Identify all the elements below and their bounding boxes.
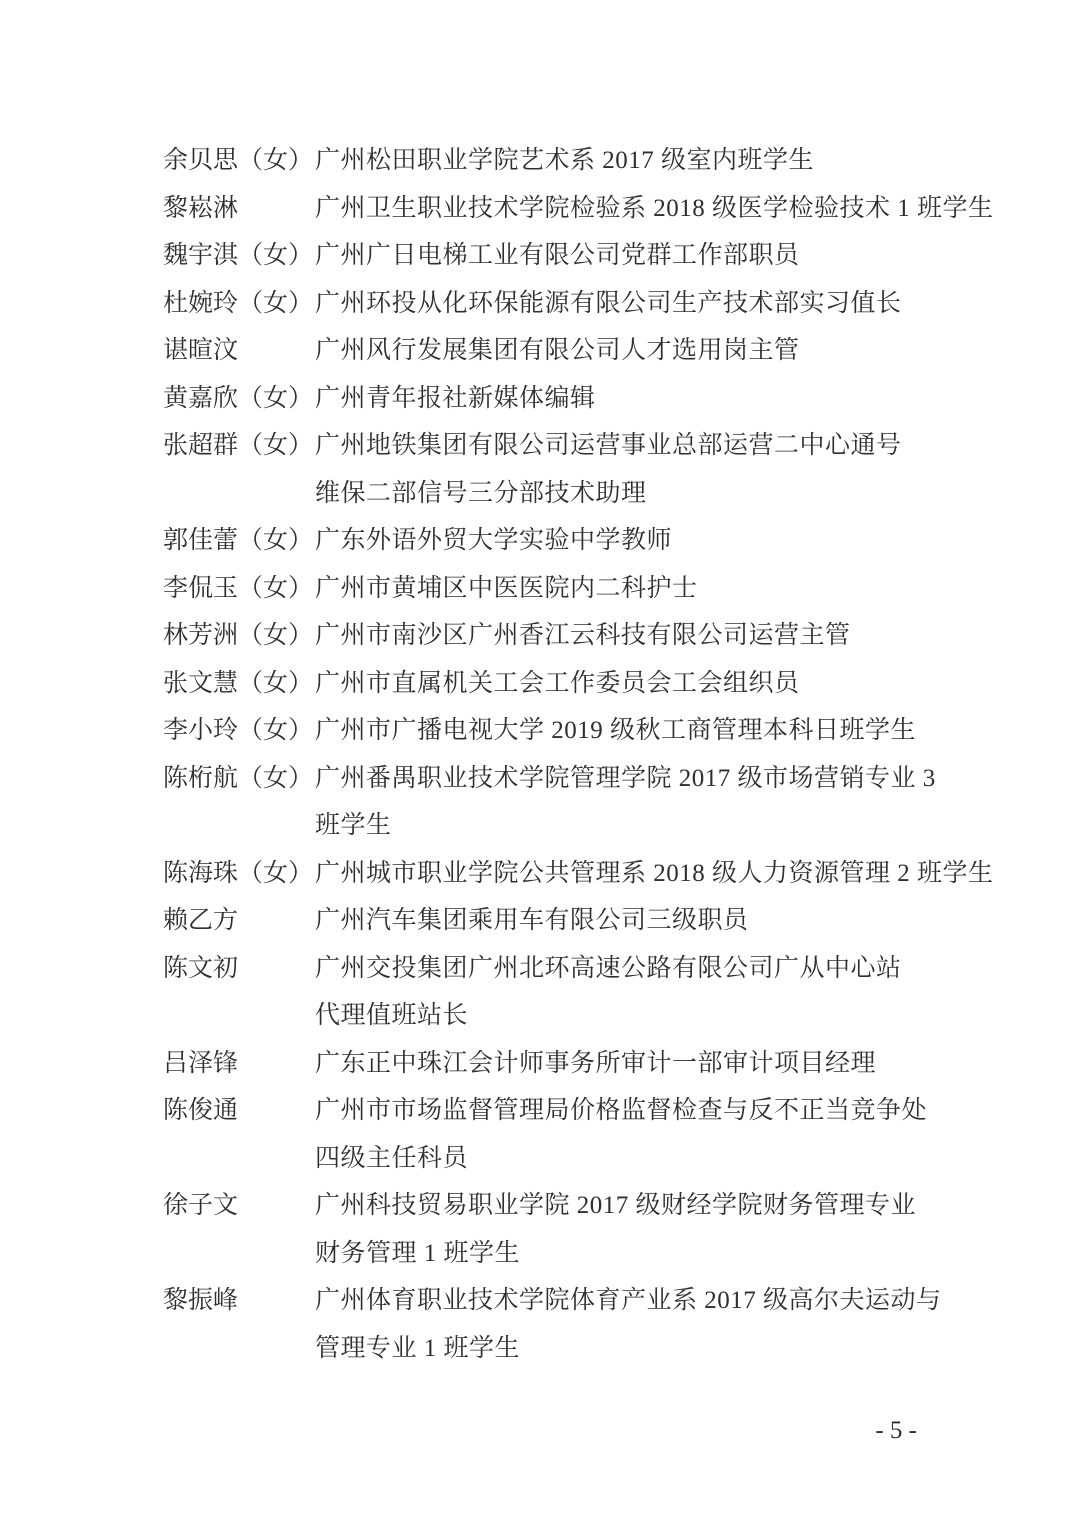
person-name: 林芳洲（女） xyxy=(163,612,315,660)
person-title: 广州汽车集团乘用车有限公司三级职员 xyxy=(315,897,749,945)
person-title: 管理专业 1 班学生 xyxy=(315,1325,520,1373)
person-title: 广州卫生职业技术学院检验系 2018 级医学检验技术 1 班学生 xyxy=(315,185,994,233)
roster-row: 代理值班站长 xyxy=(163,992,994,1040)
person-title: 广州地铁集团有限公司运营事业总部运营二中心通号 xyxy=(315,422,902,470)
person-title: 广州城市职业学院公共管理系 2018 级人力资源管理 2 班学生 xyxy=(315,850,994,898)
roster-row: 郭佳蕾（女）广东外语外贸大学实验中学教师 xyxy=(163,517,994,565)
person-name: 李小玲（女） xyxy=(163,707,315,755)
roster-row: 魏宇淇（女）广州广日电梯工业有限公司党群工作部职员 xyxy=(163,232,994,280)
person-name: 余贝思（女） xyxy=(163,137,315,185)
roster-row: 余贝思（女）广州松田职业学院艺术系 2017 级室内班学生 xyxy=(163,137,994,185)
roster-row: 黄嘉欣（女）广州青年报社新媒体编辑 xyxy=(163,375,994,423)
person-name: 赖乙方 xyxy=(163,897,315,945)
roster-row: 黎崧淋广州卫生职业技术学院检验系 2018 级医学检验技术 1 班学生 xyxy=(163,185,994,233)
person-title: 广东外语外贸大学实验中学教师 xyxy=(315,517,672,565)
roster-row: 陈文初广州交投集团广州北环高速公路有限公司广从中心站 xyxy=(163,945,994,993)
person-name: 张文慧（女） xyxy=(163,660,315,708)
person-name: 陈俊通 xyxy=(163,1087,315,1135)
roster-row: 李小玲（女）广州市广播电视大学 2019 级秋工商管理本科日班学生 xyxy=(163,707,994,755)
person-title: 广州市黄埔区中医医院内二科护士 xyxy=(315,565,698,613)
person-title: 广州市广播电视大学 2019 级秋工商管理本科日班学生 xyxy=(315,707,916,755)
person-title: 广州市南沙区广州香江云科技有限公司运营主管 xyxy=(315,612,851,660)
person-name xyxy=(163,470,315,518)
person-title: 广州科技贸易职业学院 2017 级财经学院财务管理专业 xyxy=(315,1182,916,1230)
roster-row: 陈海珠（女）广州城市职业学院公共管理系 2018 级人力资源管理 2 班学生 xyxy=(163,850,994,898)
person-title: 广州风行发展集团有限公司人才选用岗主管 xyxy=(315,327,800,375)
person-name: 黎振峰 xyxy=(163,1277,315,1325)
person-name: 魏宇淇（女） xyxy=(163,232,315,280)
roster-row: 班学生 xyxy=(163,802,994,850)
roster-row: 管理专业 1 班学生 xyxy=(163,1325,994,1373)
roster-row: 谌暄汶广州风行发展集团有限公司人才选用岗主管 xyxy=(163,327,994,375)
roster-row: 陈桁航（女）广州番禺职业技术学院管理学院 2017 级市场营销专业 3 xyxy=(163,755,994,803)
person-title: 广东正中珠江会计师事务所审计一部审计项目经理 xyxy=(315,1040,876,1088)
person-name xyxy=(163,802,315,850)
person-name: 陈文初 xyxy=(163,945,315,993)
person-title: 广州青年报社新媒体编辑 xyxy=(315,375,596,423)
person-name: 黎崧淋 xyxy=(163,185,315,233)
person-title: 广州松田职业学院艺术系 2017 级室内班学生 xyxy=(315,137,814,185)
person-title: 广州交投集团广州北环高速公路有限公司广从中心站 xyxy=(315,945,902,993)
person-title: 广州环投从化环保能源有限公司生产技术部实习值长 xyxy=(315,280,902,328)
person-title: 广州体育职业技术学院体育产业系 2017 级高尔夫运动与 xyxy=(315,1277,942,1325)
person-name: 郭佳蕾（女） xyxy=(163,517,315,565)
roster-row: 财务管理 1 班学生 xyxy=(163,1230,994,1278)
person-name: 张超群（女） xyxy=(163,422,315,470)
roster-row: 张文慧（女）广州市直属机关工会工作委员会工会组织员 xyxy=(163,660,994,708)
person-name: 吕泽锋 xyxy=(163,1040,315,1088)
person-name: 谌暄汶 xyxy=(163,327,315,375)
roster-row: 张超群（女）广州地铁集团有限公司运营事业总部运营二中心通号 xyxy=(163,422,994,470)
person-title: 四级主任科员 xyxy=(315,1135,468,1183)
roster-row: 赖乙方广州汽车集团乘用车有限公司三级职员 xyxy=(163,897,994,945)
roster-row: 维保二部信号三分部技术助理 xyxy=(163,470,994,518)
person-title: 财务管理 1 班学生 xyxy=(315,1230,520,1278)
person-name: 杜婉玲（女） xyxy=(163,280,315,328)
person-name: 徐子文 xyxy=(163,1182,315,1230)
roster-row: 李侃玉（女）广州市黄埔区中医医院内二科护士 xyxy=(163,565,994,613)
person-name: 陈海珠（女） xyxy=(163,850,315,898)
person-title: 广州广日电梯工业有限公司党群工作部职员 xyxy=(315,232,800,280)
roster-row: 四级主任科员 xyxy=(163,1135,994,1183)
page-number: - 5 - xyxy=(875,1417,917,1445)
person-name: 陈桁航（女） xyxy=(163,755,315,803)
document-page: 余贝思（女）广州松田职业学院艺术系 2017 级室内班学生黎崧淋广州卫生职业技术… xyxy=(0,0,1080,1527)
person-name: 黄嘉欣（女） xyxy=(163,375,315,423)
person-title: 代理值班站长 xyxy=(315,992,468,1040)
person-name xyxy=(163,1230,315,1278)
roster-row: 陈俊通广州市市场监督管理局价格监督检查与反不正当竞争处 xyxy=(163,1087,994,1135)
roster-list: 余贝思（女）广州松田职业学院艺术系 2017 级室内班学生黎崧淋广州卫生职业技术… xyxy=(163,137,994,1372)
person-name xyxy=(163,1135,315,1183)
roster-row: 林芳洲（女）广州市南沙区广州香江云科技有限公司运营主管 xyxy=(163,612,994,660)
roster-row: 杜婉玲（女）广州环投从化环保能源有限公司生产技术部实习值长 xyxy=(163,280,994,328)
person-title: 班学生 xyxy=(315,802,392,850)
roster-row: 徐子文广州科技贸易职业学院 2017 级财经学院财务管理专业 xyxy=(163,1182,994,1230)
person-title: 广州市市场监督管理局价格监督检查与反不正当竞争处 xyxy=(315,1087,927,1135)
roster-row: 黎振峰广州体育职业技术学院体育产业系 2017 级高尔夫运动与 xyxy=(163,1277,994,1325)
person-title: 广州市直属机关工会工作委员会工会组织员 xyxy=(315,660,800,708)
person-name xyxy=(163,1325,315,1373)
person-name xyxy=(163,992,315,1040)
person-title: 广州番禺职业技术学院管理学院 2017 级市场营销专业 3 xyxy=(315,755,936,803)
roster-row: 吕泽锋广东正中珠江会计师事务所审计一部审计项目经理 xyxy=(163,1040,994,1088)
person-name: 李侃玉（女） xyxy=(163,565,315,613)
person-title: 维保二部信号三分部技术助理 xyxy=(315,470,647,518)
